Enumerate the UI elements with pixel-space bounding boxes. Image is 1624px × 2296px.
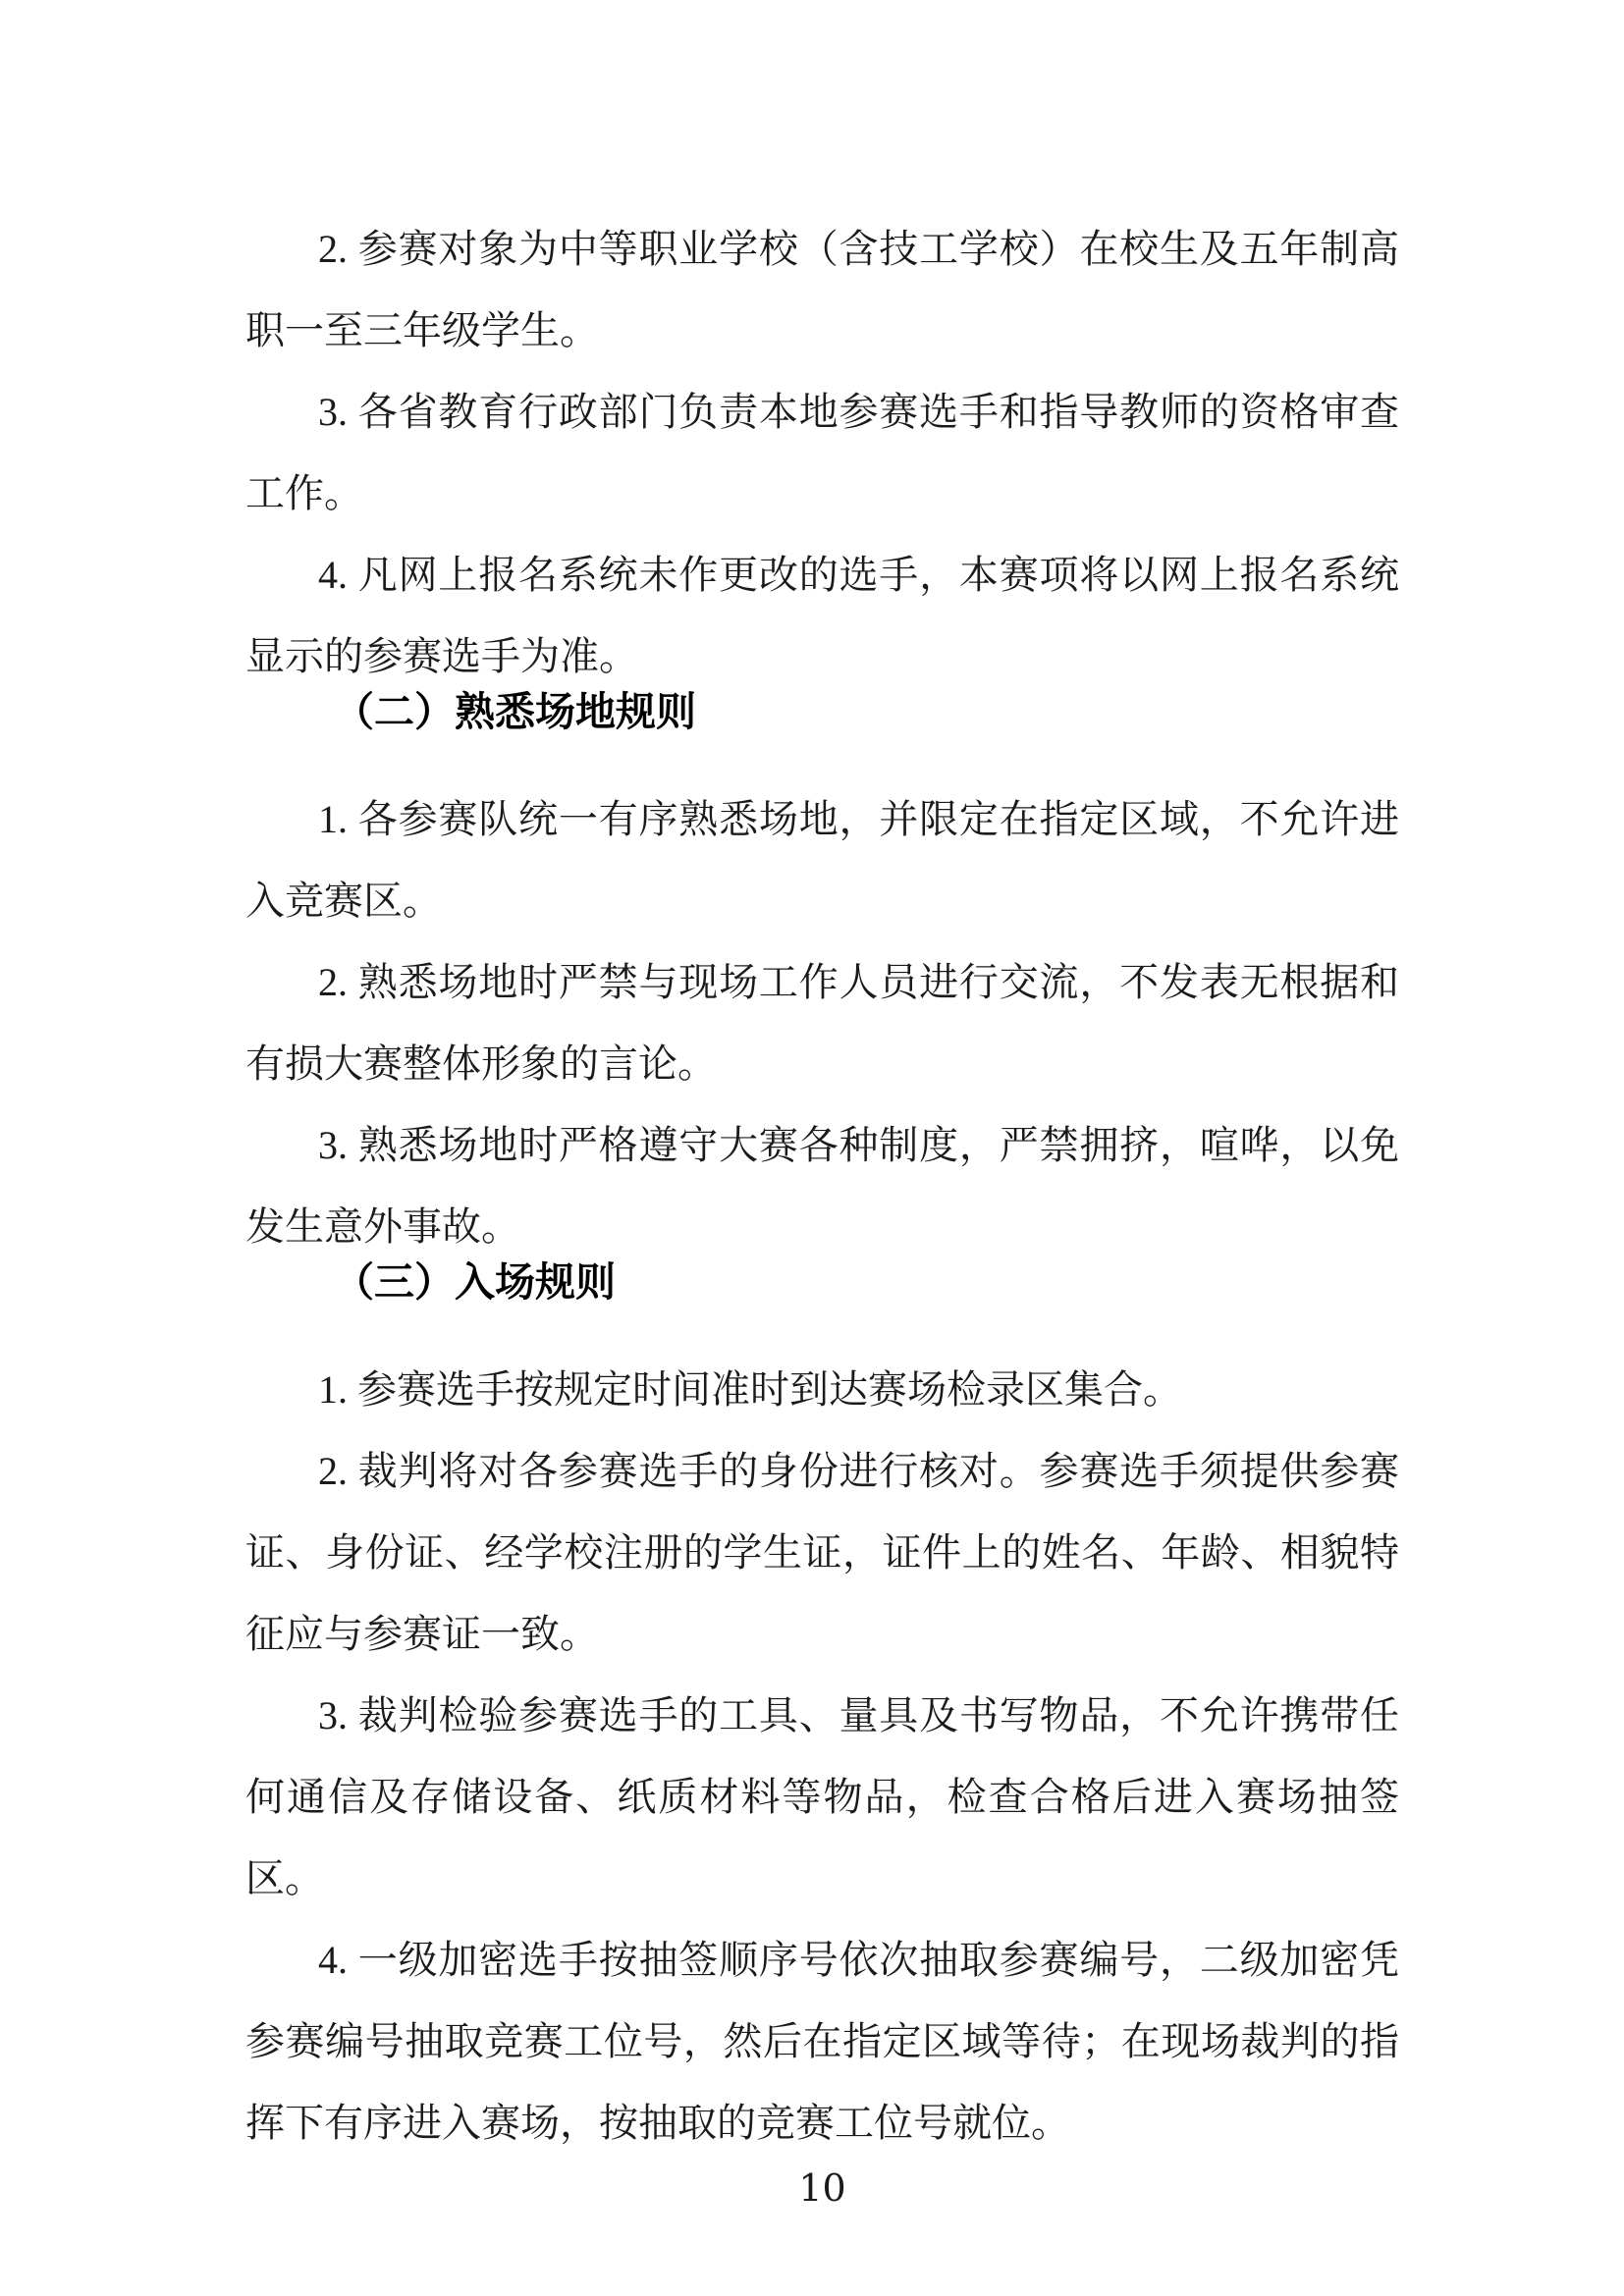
- document-body: 2. 参赛对象为中等职业学校（含技工学校）在校生及五年制高职一至三年级学生。3.…: [245, 208, 1399, 2163]
- paragraph: 1. 各参赛队统一有序熟悉场地，并限定在指定区域，不允许进入竞赛区。: [245, 778, 1399, 941]
- section-heading: （二）熟悉场地规则: [245, 671, 1399, 753]
- page-number: 10: [245, 2165, 1399, 2211]
- document-page: 2. 参赛对象为中等职业学校（含技工学校）在校生及五年制高职一至三年级学生。3.…: [0, 0, 1624, 2296]
- section-heading: （三）入场规则: [245, 1242, 1399, 1323]
- paragraph: 2. 裁判将对各参赛选手的身份进行核对。参赛选手须提供参赛证、身份证、经学校注册…: [245, 1430, 1399, 1675]
- paragraph: 3. 各省教育行政部门负责本地参赛选手和指导教师的资格审查工作。: [245, 371, 1399, 534]
- paragraph: 2. 熟悉场地时严禁与现场工作人员进行交流，不发表无根据和有损大赛整体形象的言论…: [245, 941, 1399, 1104]
- paragraph: 1. 参赛选手按规定时间准时到达赛场检录区集合。: [245, 1349, 1399, 1430]
- paragraph: 2. 参赛对象为中等职业学校（含技工学校）在校生及五年制高职一至三年级学生。: [245, 208, 1399, 371]
- paragraph: 3. 裁判检验参赛选手的工具、量具及书写物品，不允许携带任何通信及存储设备、纸质…: [245, 1675, 1399, 1919]
- paragraph: 4. 一级加密选手按抽签顺序号依次抽取参赛编号，二级加密凭参赛编号抽取竞赛工位号…: [245, 1919, 1399, 2163]
